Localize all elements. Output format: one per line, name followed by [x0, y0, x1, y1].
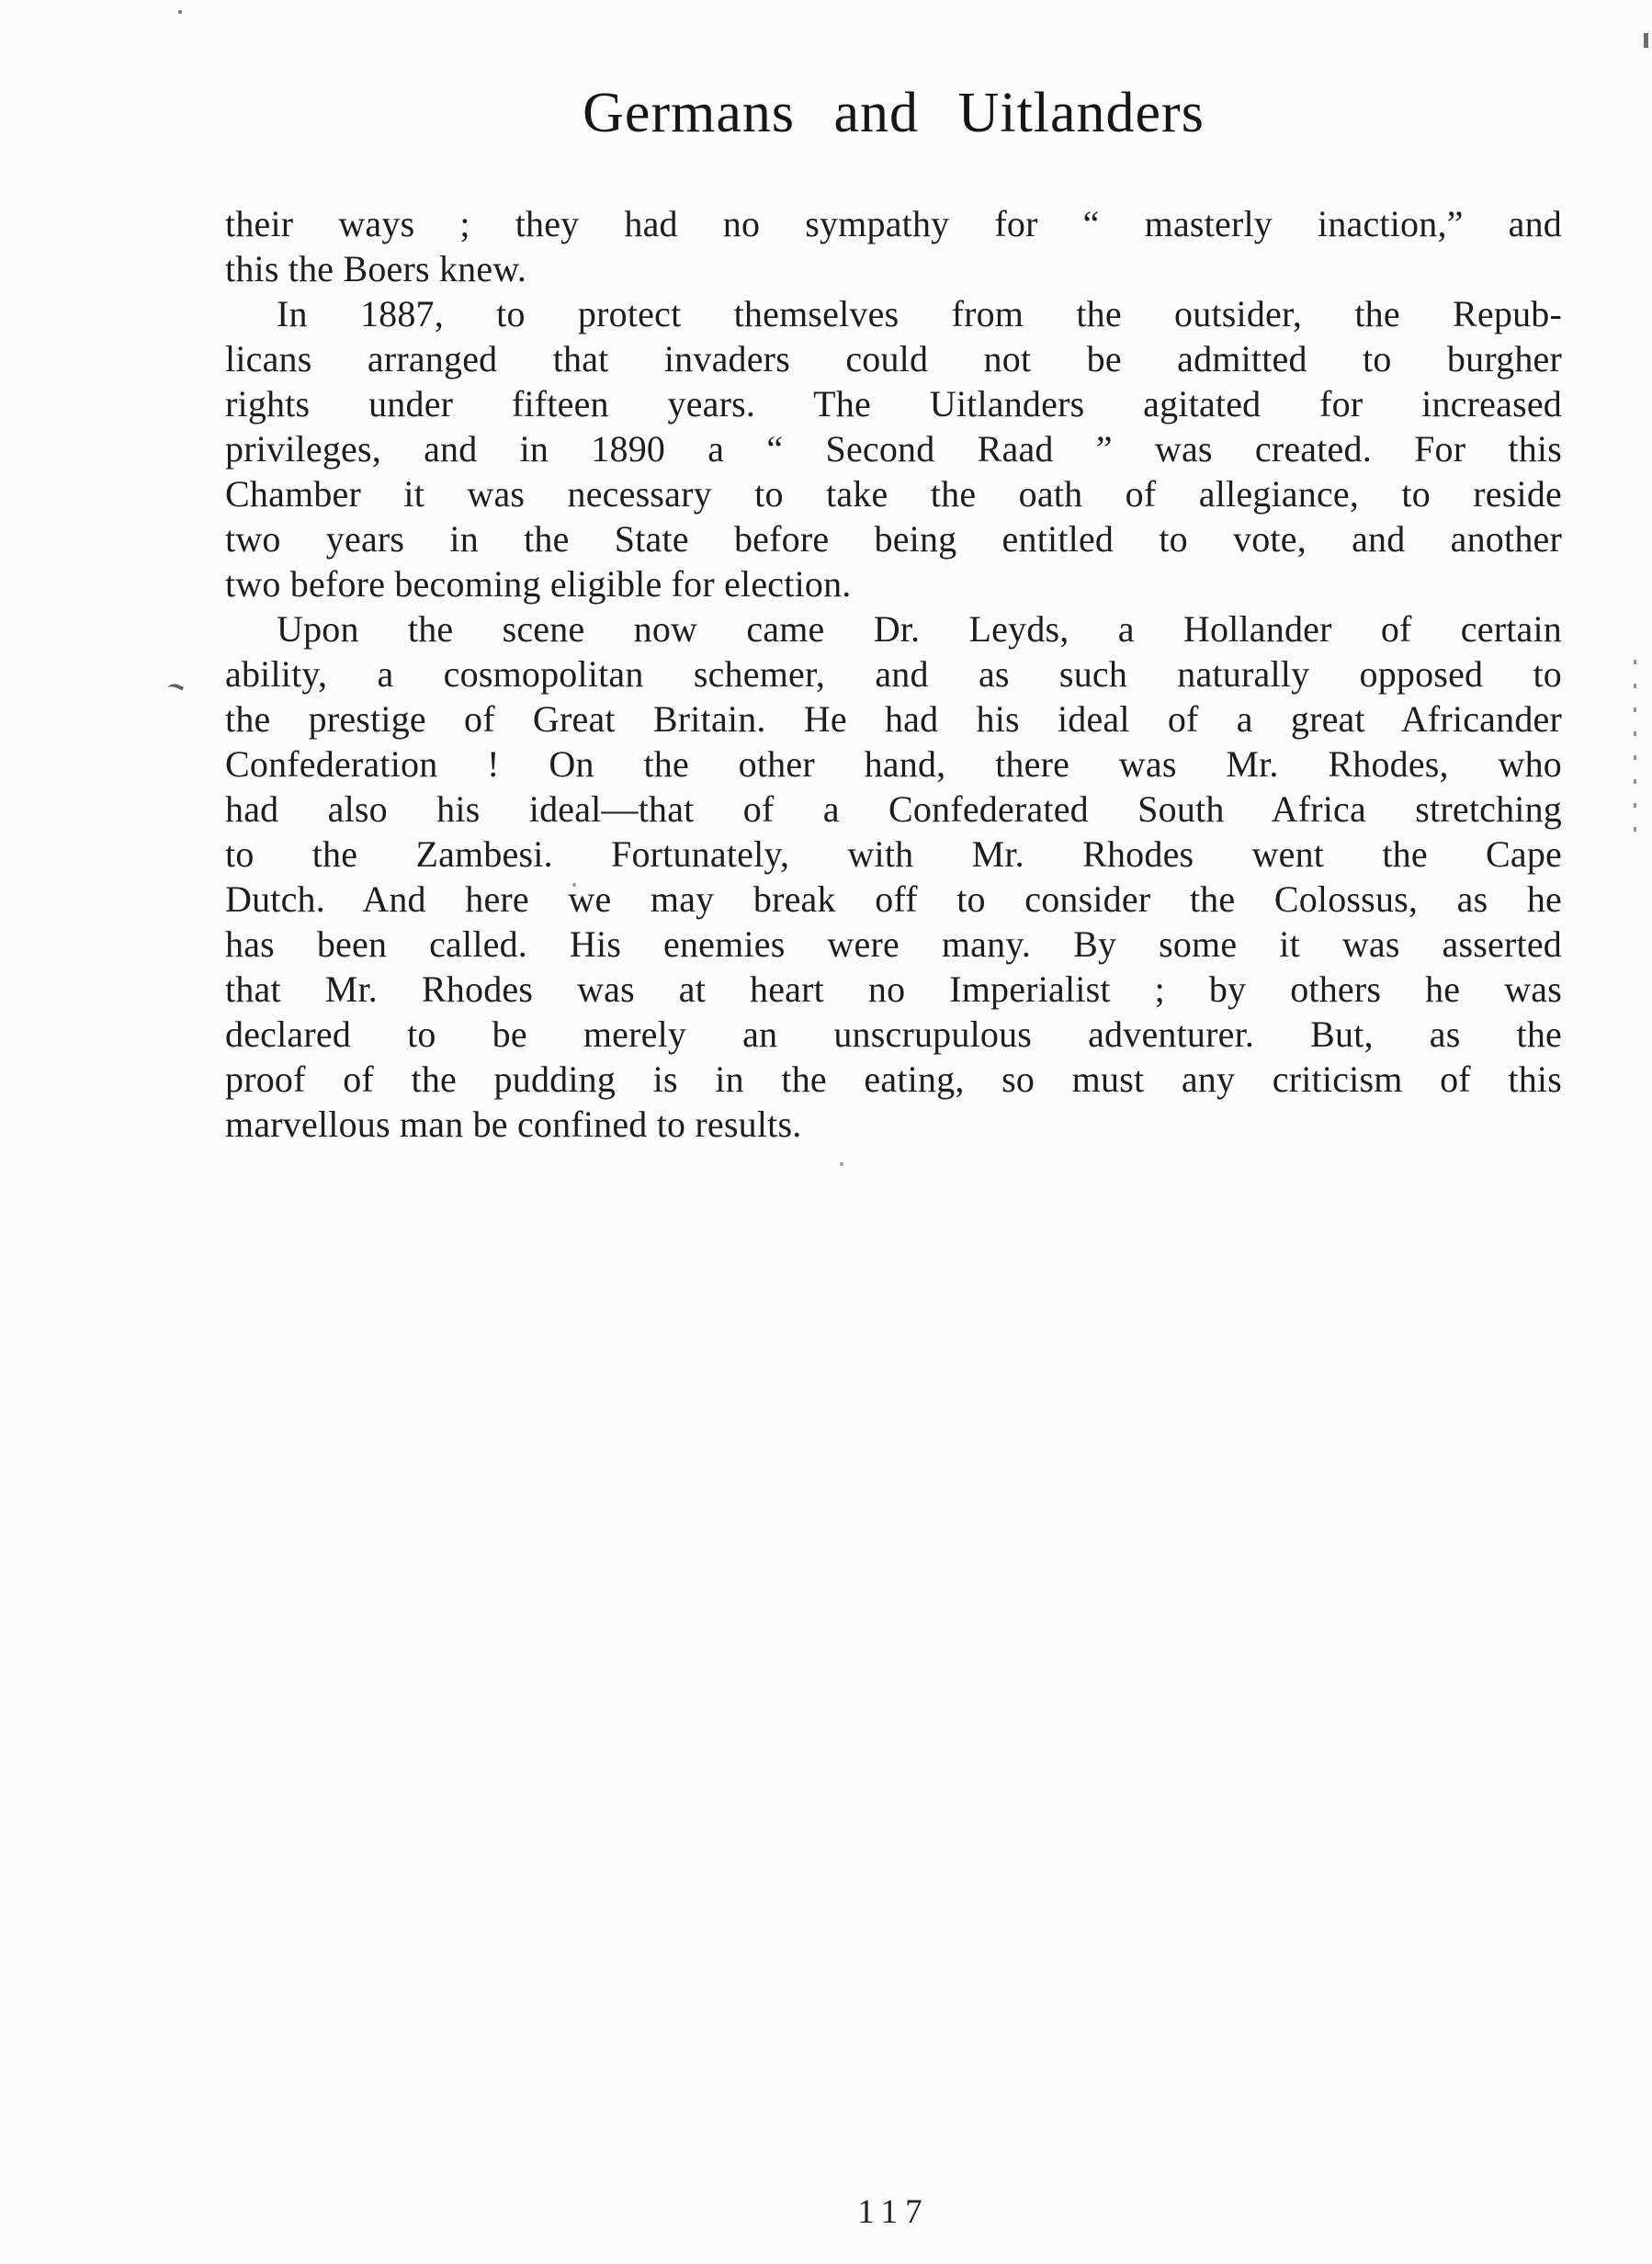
- text-line: ability, a cosmopolitan schemer, and as …: [225, 651, 1562, 696]
- text-line: two before becoming eligible for electio…: [225, 561, 1562, 606]
- text-line: their ways ; they had no sympathy for “ …: [225, 201, 1562, 246]
- text-line: Dutch. And here we may break off to cons…: [225, 877, 1562, 922]
- page-title: Germans and Uitlanders: [225, 81, 1562, 146]
- scan-artifact: [840, 1162, 843, 1166]
- text-line: the prestige of Great Britain. He had hi…: [225, 696, 1562, 741]
- scan-artifact: [178, 10, 182, 14]
- scan-artifact: [165, 681, 184, 698]
- text-line: this the Boers knew.: [225, 246, 1562, 291]
- text-line: to the Zambesi. Fortunately, with Mr. Rh…: [225, 832, 1562, 877]
- text-line: Chamber it was necessary to take the oat…: [225, 471, 1562, 516]
- text-line: rights under fifteen years. The Uitlande…: [225, 381, 1562, 426]
- scan-artifact: [572, 883, 576, 887]
- text-line: proof of the pudding is in the eating, s…: [225, 1057, 1562, 1102]
- text-line: had also his ideal—that of a Confederate…: [225, 787, 1562, 832]
- text-line: marvellous man be confined to results.: [225, 1102, 1562, 1147]
- text-line: In 1887, to protect themselves from the …: [225, 291, 1562, 336]
- text-line: declared to be merely an unscrupulous ad…: [225, 1012, 1562, 1057]
- text-line: two years in the State before being enti…: [225, 516, 1562, 561]
- scan-artifact: [1644, 33, 1648, 48]
- page-number: 117: [225, 2192, 1562, 2232]
- text-line: privileges, and in 1890 a “ Second Raad …: [225, 426, 1562, 471]
- text-line: Confederation ! On the other hand, there…: [225, 741, 1562, 787]
- text-line: has been called. His enemies were many. …: [225, 922, 1562, 967]
- text-line: that Mr. Rhodes was at heart no Imperial…: [225, 967, 1562, 1012]
- book-page: Germans and Uitlanders their ways ; they…: [0, 0, 1652, 2264]
- text-line: licans arranged that invaders could not …: [225, 336, 1562, 381]
- text-line: Upon the scene now came Dr. Leyds, a Hol…: [225, 606, 1562, 651]
- body-text: their ways ; they had no sympathy for “ …: [225, 201, 1562, 1147]
- scan-artifact: [1634, 660, 1636, 848]
